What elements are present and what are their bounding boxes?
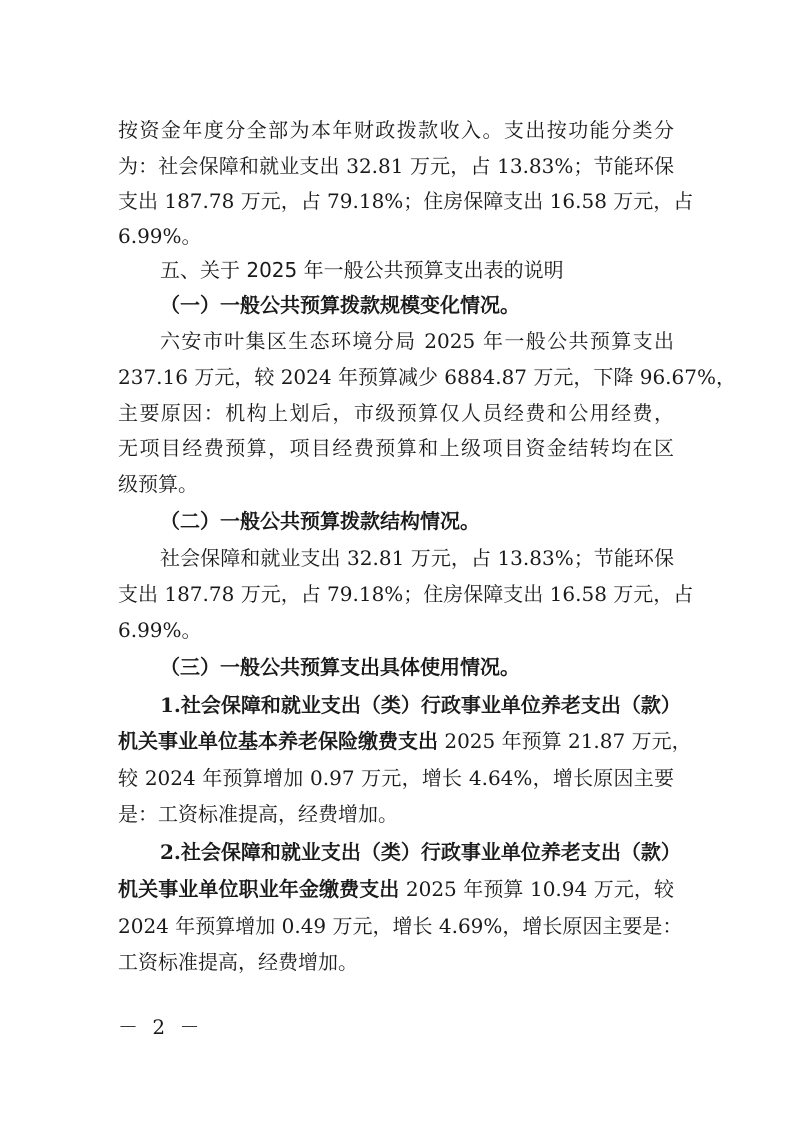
paragraph-line: 工资标准提高，经费增加。 <box>118 944 674 980</box>
item-title: 1.社会保障和就业支出（类）行政事业单位养老支出（款） <box>160 687 674 723</box>
paragraph-line: 机关事业单位职业年金缴费支出 2025 年预算 10.94 万元，较 <box>118 871 674 907</box>
subsection-title: （一）一般公共预算拨款规模变化情况。 <box>160 287 674 323</box>
paragraph-line: 无项目经费预算，项目经费预算和上级项目资金结转均在区 <box>118 430 674 466</box>
paragraph-line: 为：社会保障和就业支出 32.81 万元，占 13.83%；节能环保 <box>118 148 674 184</box>
subsection-title: （三）一般公共预算支出具体使用情况。 <box>160 649 674 685</box>
paragraph-line: 社会保障和就业支出 32.81 万元，占 13.83%；节能环保 <box>160 540 674 576</box>
paragraph-line: 较 2024 年预算增加 0.97 万元，增长 4.64%，增长原因主要 <box>118 760 674 796</box>
paragraph-line: 主要原因：机构上划后，市级预算仅人员经费和公用经费， <box>118 395 674 431</box>
paragraph-line: 2024 年预算增加 0.49 万元，增长 4.69%，增长原因主要是： <box>118 908 674 944</box>
page-number: － 2 － <box>118 1012 203 1042</box>
item-title-cont: 机关事业单位职业年金缴费支出 <box>118 877 399 901</box>
paragraph-line: 是：工资标准提高，经费增加。 <box>118 796 674 832</box>
paragraph-line: 机关事业单位基本养老保险缴费支出 2025 年预算 21.87 万元， <box>118 723 674 759</box>
section-heading: 五、关于 2025 年一般公共预算支出表的说明 <box>160 252 674 288</box>
item-text: 2025 年预算 10.94 万元，较 <box>399 877 674 901</box>
paragraph-line: 级预算。 <box>118 466 674 502</box>
paragraph-line: 支出 187.78 万元，占 79.18%；住房保障支出 16.58 万元，占 <box>118 183 674 219</box>
item-title-cont: 机关事业单位基本养老保险缴费支出 <box>118 729 438 753</box>
paragraph-line: 6.99%。 <box>118 612 674 648</box>
paragraph-line: 6.99%。 <box>118 218 674 254</box>
document-page: 按资金年度分全部为本年财政拨款收入。支出按功能分类分 为：社会保障和就业支出 3… <box>0 0 793 1122</box>
subsection-title: （二）一般公共预算拨款结构情况。 <box>160 503 674 539</box>
item-title: 2.社会保障和就业支出（类）行政事业单位养老支出（款） <box>160 834 674 870</box>
item-text: 2025 年预算 21.87 万元， <box>438 729 692 753</box>
paragraph-line: 按资金年度分全部为本年财政拨款收入。支出按功能分类分 <box>118 112 674 148</box>
paragraph-line: 237.16 万元，较 2024 年预算减少 6884.87 万元，下降 96.… <box>118 359 674 395</box>
paragraph-line: 六安市叶集区生态环境分局 2025 年一般公共预算支出 <box>160 323 674 359</box>
paragraph-line: 支出 187.78 万元，占 79.18%；住房保障支出 16.58 万元，占 <box>118 576 674 612</box>
